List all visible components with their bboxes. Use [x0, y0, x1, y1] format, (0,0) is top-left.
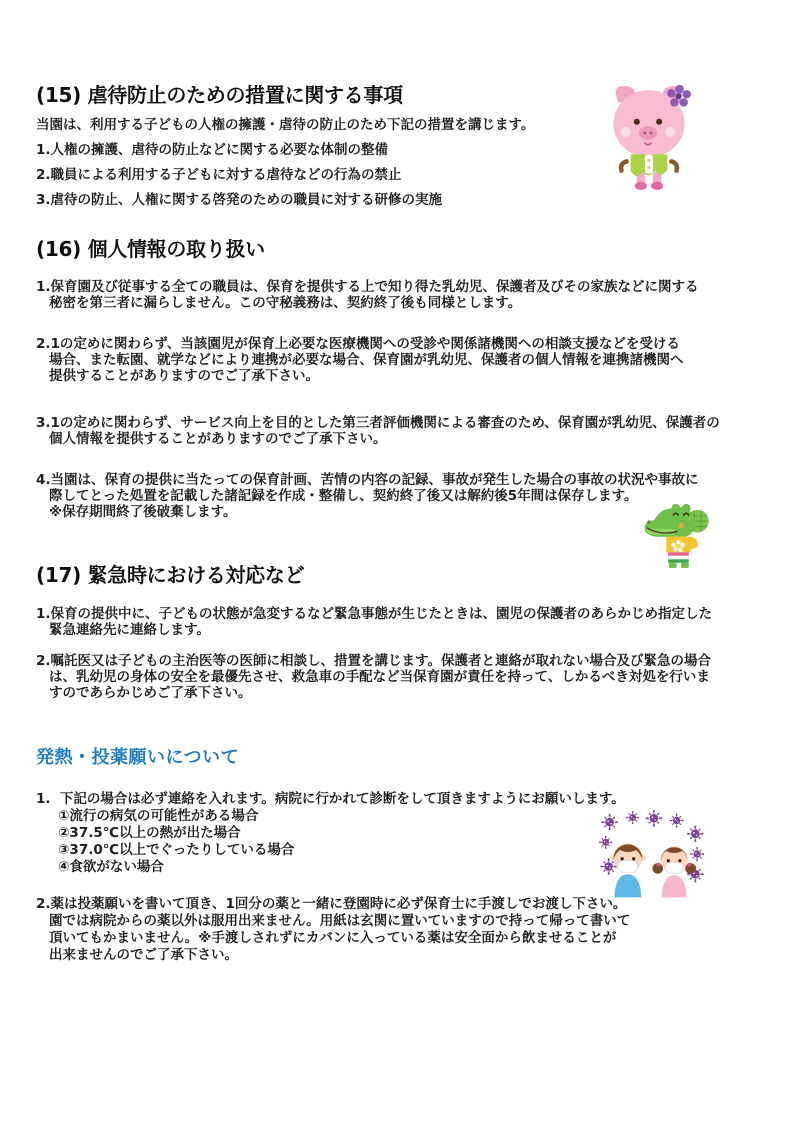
- masked-children-virus-illustration: [598, 810, 704, 898]
- section-16-title: (16) 個人情報の取り扱い: [36, 236, 265, 262]
- section-16-paragraph: 1.保育園及び従事する全ての職員は、保育を提供する上で知り得た乳幼児、保護者及び…: [36, 279, 699, 311]
- text-line: 2.薬は投薬願いを書いて頂き、1回分の薬と一緒に登園時に必ず保育士に手渡しでお渡…: [36, 896, 630, 913]
- text-line: すのであらかじめご了承下さい。: [36, 685, 711, 701]
- section-15-item: 2.職員による利用する子どもに対する虐待などの行為の禁止: [36, 167, 402, 183]
- document-page: (15) 虐待防止のための措置に関する事項 当園は、利用する子どもの人権の擁護・…: [0, 0, 794, 1122]
- text-line: 4.当園は、保育の提供に当たっての保育計画、苦情の内容の記録、事故が発生した場合…: [36, 472, 699, 488]
- boy-with-mask: [610, 843, 646, 897]
- text-line: 緊急連絡先に連絡します。: [36, 622, 712, 638]
- crocodile-character-illustration: [642, 492, 720, 572]
- girl-with-mask: [652, 846, 695, 897]
- section-15-item: 1.人権の擁護、虐待の防止などに関する必要な体制の整備: [36, 142, 388, 158]
- text-line: 2.嘱託医又は子どもの主治医等の医師に相談し、措置を講じます。保護者と連絡が取れ…: [36, 653, 711, 669]
- text-line: 場合、また転園、就学などにより連携が必要な場合、保育園が乳幼児、保護者の個人情報…: [36, 352, 684, 368]
- fever-condition: ③37.0℃以上でぐったりしている場合: [36, 842, 625, 859]
- section-16-paragraph: 3.1の定めに関わらず、サービス向上を目的とした第三者評価機関による審査のため、…: [36, 415, 720, 447]
- text-line: 園では病院からの薬以外は服用出来ません。用紙は玄関に置いていますので持って帰って…: [36, 913, 630, 930]
- section-16-paragraph: 4.当園は、保育の提供に当たっての保育計画、苦情の内容の記録、事故が発生した場合…: [36, 472, 699, 520]
- text-line: は、乳幼児の身体の安全を最優先させ、救急車の手配など当保育園が責任を持って、しか…: [36, 669, 711, 685]
- text-line: 1. 下記の場合は必ず連絡を入れます。病院に行かれて診断をして頂きますようにお願…: [36, 791, 625, 808]
- text-line: 提供することがありますのでご了承下さい。: [36, 368, 684, 384]
- fever-condition: ①流行の病気の可能性がある場合: [36, 808, 625, 825]
- text-line: ※保存期間終了後破棄します。: [36, 504, 699, 520]
- text-line: 頂いてもかまいません。※手渡しされずにカバンに入っている薬は安全面から飲ませるこ…: [36, 930, 630, 947]
- section-17-paragraph: 2.嘱託医又は子どもの主治医等の医師に相談し、措置を講じます。保護者と連絡が取れ…: [36, 653, 711, 701]
- section-15-intro: 当園は、利用する子どもの人権の擁護・虐待の防止のため下記の措置を講じます。: [36, 117, 534, 133]
- text-line: 秘密を第三者に漏らしません。この守秘義務は、契約終了後も同様とします。: [36, 295, 699, 311]
- fever-section-title: 発熱・投薬願いについて: [36, 746, 239, 770]
- text-line: 3.1の定めに関わらず、サービス向上を目的とした第三者評価機関による審査のため、…: [36, 415, 720, 431]
- text-line: 1.保育園及び従事する全ての職員は、保育を提供する上で知り得た乳幼児、保護者及び…: [36, 279, 699, 295]
- section-16-paragraph: 2.1の定めに関わらず、当該園児が保育上必要な医療機関への受診や関係諸機関への相…: [36, 336, 684, 384]
- section-15-item: 3.虐待の防止、人権に関する啓発のための職員に対する研修の実施: [36, 192, 442, 208]
- text-line: 2.1の定めに関わらず、当該園児が保育上必要な医療機関への受診や関係諸機関への相…: [36, 336, 684, 352]
- fever-item-2: 2.薬は投薬願いを書いて頂き、1回分の薬と一緒に登園時に必ず保育士に手渡しでお渡…: [36, 896, 630, 964]
- text-line: 出来ませんのでご了承下さい。: [36, 947, 630, 964]
- text-line: 1.保育の提供中に、子どもの状態が急変するなど緊急事態が生じたときは、園児の保護…: [36, 606, 712, 622]
- section-17-title: (17) 緊急時における対応など: [36, 562, 304, 588]
- pig-character-illustration: [598, 80, 700, 192]
- fever-condition: ②37.5℃以上の熱が出た場合: [36, 825, 625, 842]
- section-15-title: (15) 虐待防止のための措置に関する事項: [36, 82, 403, 108]
- text-line: 際してとった処置を記載した諸記録を作成・整備し、契約終了後又は解約後5年間は保存…: [36, 488, 699, 504]
- text-line: 個人情報を提供することがありますのでご了承下さい。: [36, 431, 720, 447]
- fever-item-1: 1. 下記の場合は必ず連絡を入れます。病院に行かれて診断をして頂きますようにお願…: [36, 791, 625, 876]
- section-17-paragraph: 1.保育の提供中に、子どもの状態が急変するなど緊急事態が生じたときは、園児の保護…: [36, 606, 712, 638]
- fever-condition: ④食欲がない場合: [36, 859, 625, 876]
